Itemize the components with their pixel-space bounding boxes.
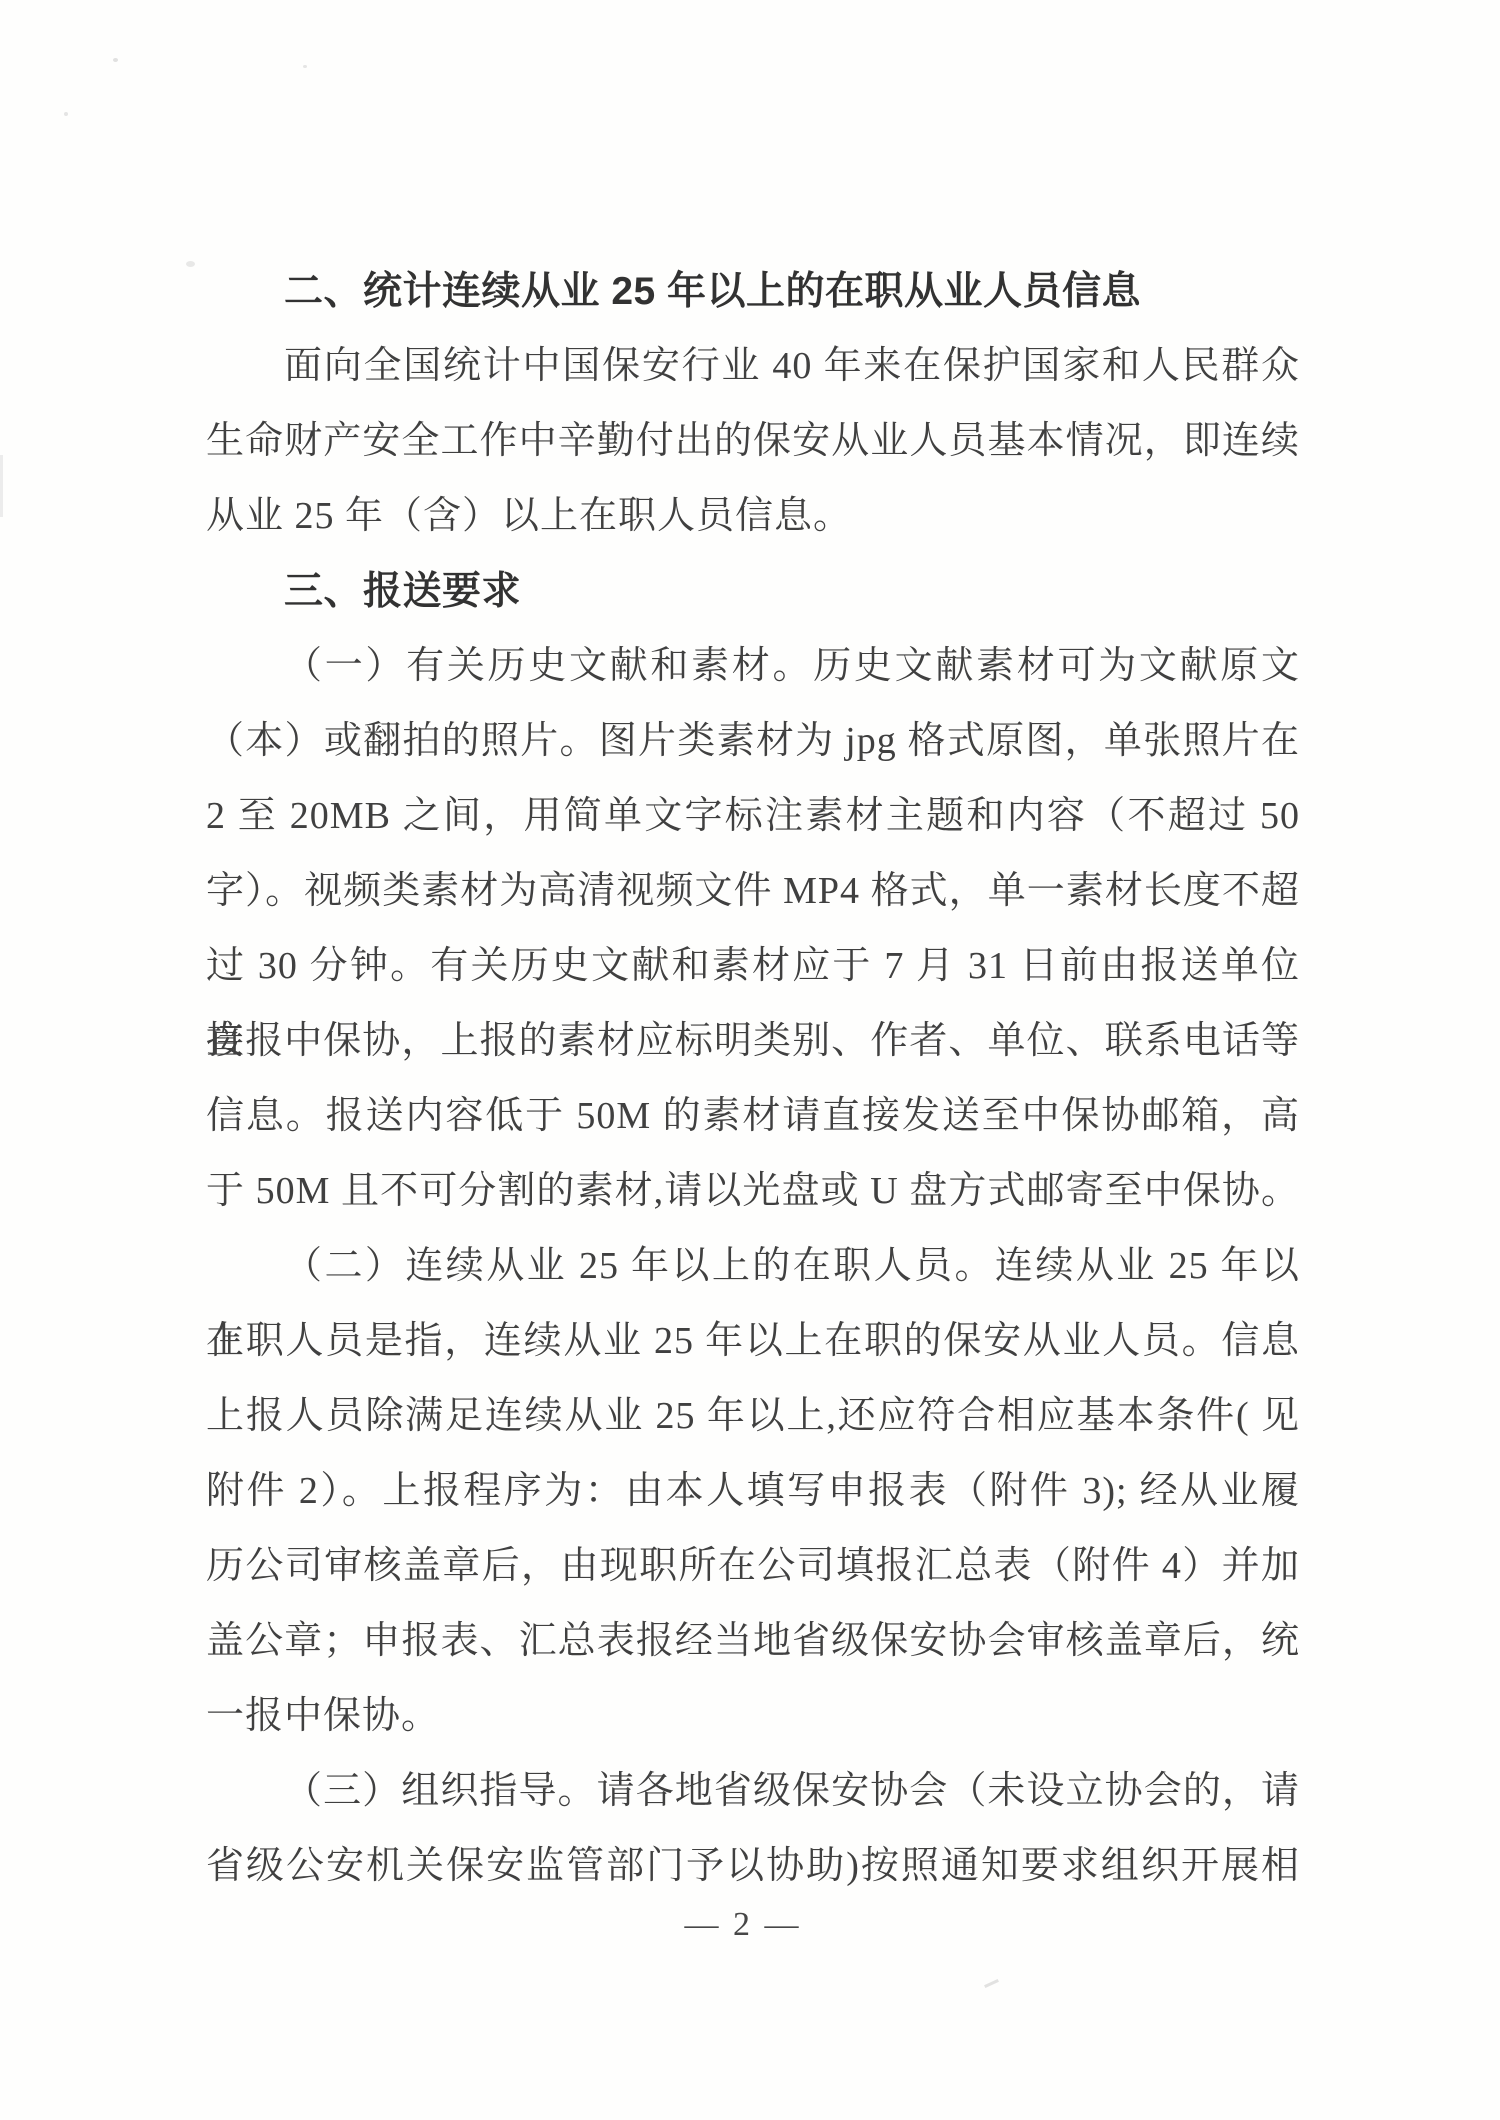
scan-speck: [0, 455, 3, 517]
text-line: 三、报送要求: [206, 554, 1300, 629]
text-line: 在职人员是指，连续从业 25 年以上在职的保安从业人员。信息: [206, 1304, 1300, 1379]
text-line: 盖公章；申报表、汇总表报经当地省级保安协会审核盖章后，统: [206, 1604, 1300, 1679]
text-line: （三）组织指导。请各地省级保安协会（未设立协会的，请: [206, 1754, 1300, 1829]
document-page: 二、统计连续从业 25 年以上的在职从业人员信息面向全国统计中国保安行业 40 …: [0, 0, 1500, 2120]
page-number: — 2 —: [196, 1906, 1290, 1956]
scan-speck: [64, 112, 68, 116]
text-line: 上报人员除满足连续从业 25 年以上,还应符合相应基本条件( 见: [206, 1379, 1300, 1454]
text-line: 从业 25 年（含）以上在职人员信息。: [206, 479, 1300, 554]
text-line: （本）或翻拍的照片。图片类素材为 jpg 格式原图，单张照片在: [206, 704, 1300, 779]
text-line: 过 30 分钟。有关历史文献和素材应于 7 月 31 日前由报送单位直: [206, 929, 1300, 1004]
scan-speck: [186, 261, 195, 267]
text-line: 二、统计连续从业 25 年以上的在职从业人员信息: [206, 254, 1300, 329]
text-line: 字）。视频类素材为高清视频文件 MP4 格式，单一素材长度不超: [206, 854, 1300, 929]
text-line: 生命财产安全工作中辛勤付出的保安从业人员基本情况，即连续: [206, 404, 1300, 479]
text-line: 接报中保协，上报的素材应标明类别、作者、单位、联系电话等: [206, 1004, 1300, 1079]
text-line: 面向全国统计中国保安行业 40 年来在保护国家和人民群众: [206, 329, 1300, 404]
scan-speck: [984, 1979, 999, 1988]
text-line: （一）有关历史文献和素材。历史文献素材可为文献原文: [206, 629, 1300, 704]
text-line: 一报中保协。: [206, 1679, 1300, 1754]
scan-speck: [113, 58, 118, 62]
scan-speck: [303, 65, 307, 68]
text-line: 2 至 20MB 之间，用简单文字标注素材主题和内容（不超过 50: [206, 779, 1300, 854]
text-line: 附件 2）。上报程序为：由本人填写申报表（附件 3); 经从业履: [206, 1454, 1300, 1529]
text-line: 于 50M 且不可分割的素材,请以光盘或 U 盘方式邮寄至中保协。: [206, 1154, 1300, 1229]
text-line: （二）连续从业 25 年以上的在职人员。连续从业 25 年以上: [206, 1229, 1300, 1304]
text-line: 省级公安机关保安监管部门予以协助)按照通知要求组织开展相: [206, 1829, 1300, 1904]
text-line: 历公司审核盖章后，由现职所在公司填报汇总表（附件 4）并加: [206, 1529, 1300, 1604]
text-column: 二、统计连续从业 25 年以上的在职从业人员信息面向全国统计中国保安行业 40 …: [206, 254, 1300, 1904]
text-line: 信息。报送内容低于 50M 的素材请直接发送至中保协邮箱，高: [206, 1079, 1300, 1154]
